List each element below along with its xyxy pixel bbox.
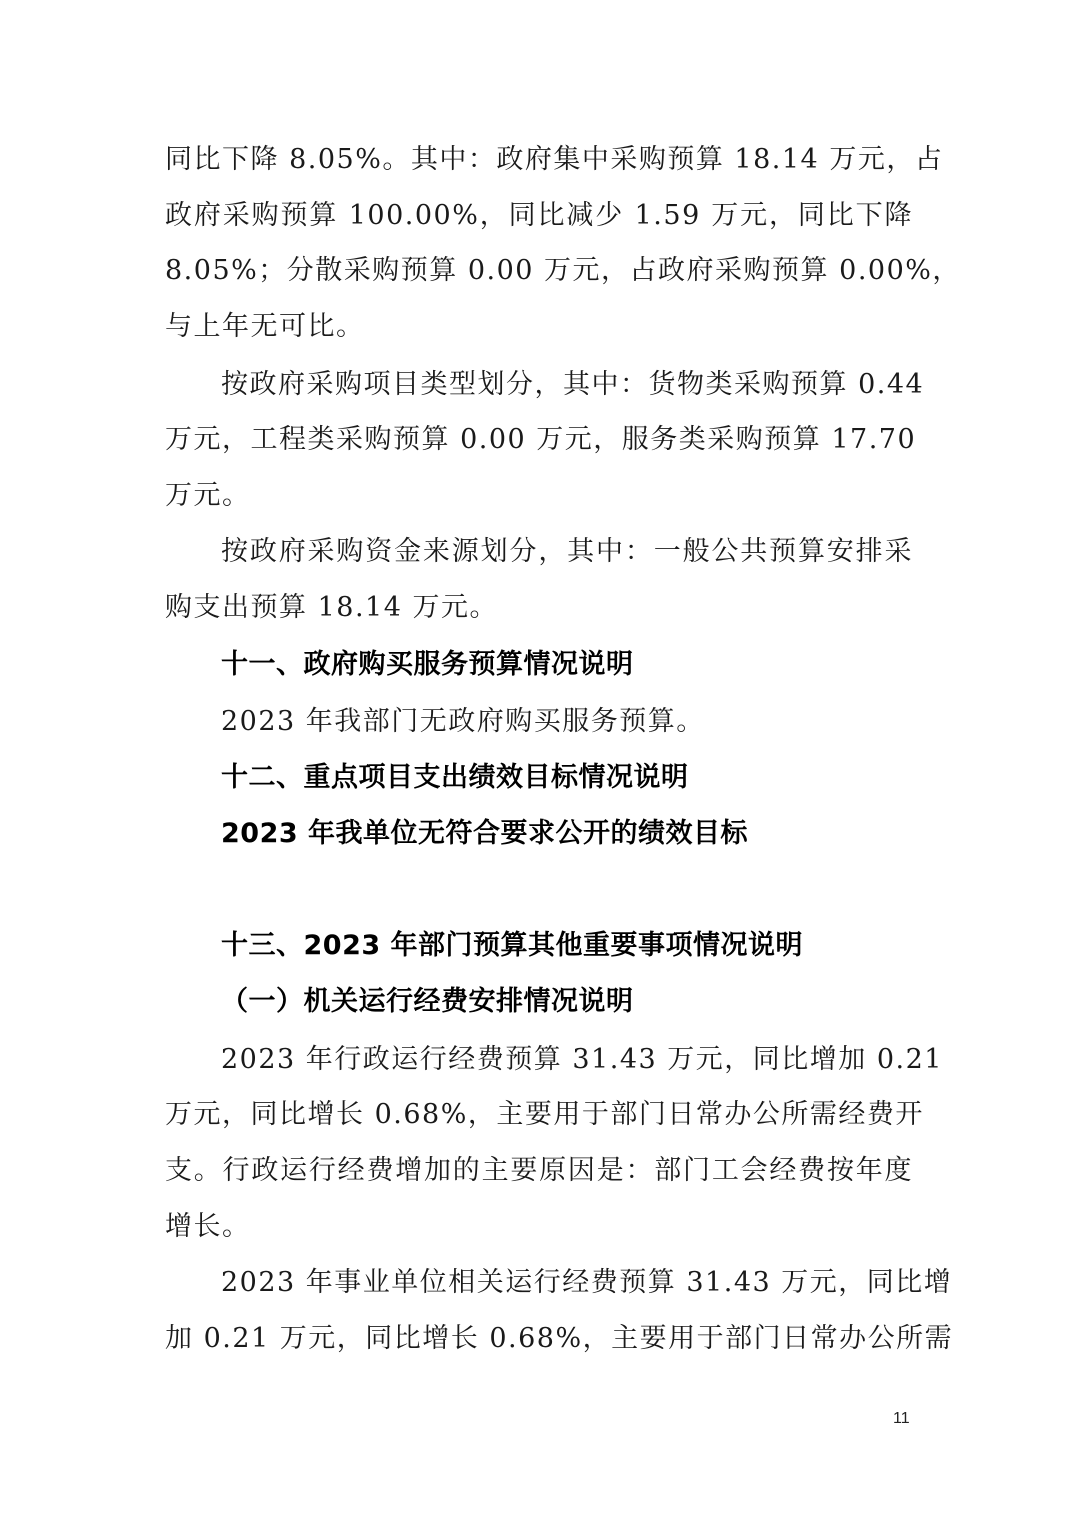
paragraph-line: 万元，工程类采购预算 0.00 万元，服务类采购预算 17.70 [165, 423, 913, 457]
section-heading: 十一、政府购买服务预算情况说明 [221, 648, 913, 682]
paragraph-line: 万元。 [165, 479, 913, 513]
paragraph-line: 2023 年行政运行经费预算 31.43 万元，同比增加 0.21 [221, 1043, 913, 1077]
section-heading: 十二、重点项目支出绩效目标情况说明 [221, 761, 913, 795]
paragraph-line: 增长。 [165, 1210, 913, 1244]
paragraph-line: 同比下降 8.05%。其中：政府集中采购预算 18.14 万元，占 [165, 143, 913, 177]
paragraph-line: 与上年无可比。 [165, 310, 913, 344]
paragraph-line: 按政府采购资金来源划分，其中：一般公共预算安排采 [221, 535, 913, 569]
section-heading: 2023 年我单位无符合要求公开的绩效目标 [221, 817, 913, 851]
section-heading: （一）机关运行经费安排情况说明 [221, 985, 913, 1019]
section-heading: 十三、2023 年部门预算其他重要事项情况说明 [221, 929, 913, 963]
paragraph-line: 购支出预算 18.14 万元。 [165, 591, 913, 625]
paragraph-line: 政府采购预算 100.00%，同比减少 1.59 万元，同比下降 [165, 199, 913, 233]
paragraph-line: 支。行政运行经费增加的主要原因是：部门工会经费按年度 [165, 1154, 913, 1188]
document-page: 同比下降 8.05%。其中：政府集中采购预算 18.14 万元，占政府采购预算 … [0, 0, 1075, 1520]
paragraph-line: 2023 年我部门无政府购买服务预算。 [221, 705, 913, 739]
paragraph-line: 万元，同比增长 0.68%，主要用于部门日常办公所需经费开 [165, 1098, 913, 1132]
page-number: 11 [893, 1410, 910, 1428]
paragraph-line: 2023 年事业单位相关运行经费预算 31.43 万元，同比增 [221, 1266, 913, 1300]
paragraph-line: 8.05%；分散采购预算 0.00 万元，占政府采购预算 0.00%， [165, 254, 913, 288]
paragraph-line: 按政府采购项目类型划分，其中：货物类采购预算 0.44 [221, 368, 913, 402]
paragraph-line: 加 0.21 万元，同比增长 0.68%，主要用于部门日常办公所需 [165, 1322, 913, 1356]
